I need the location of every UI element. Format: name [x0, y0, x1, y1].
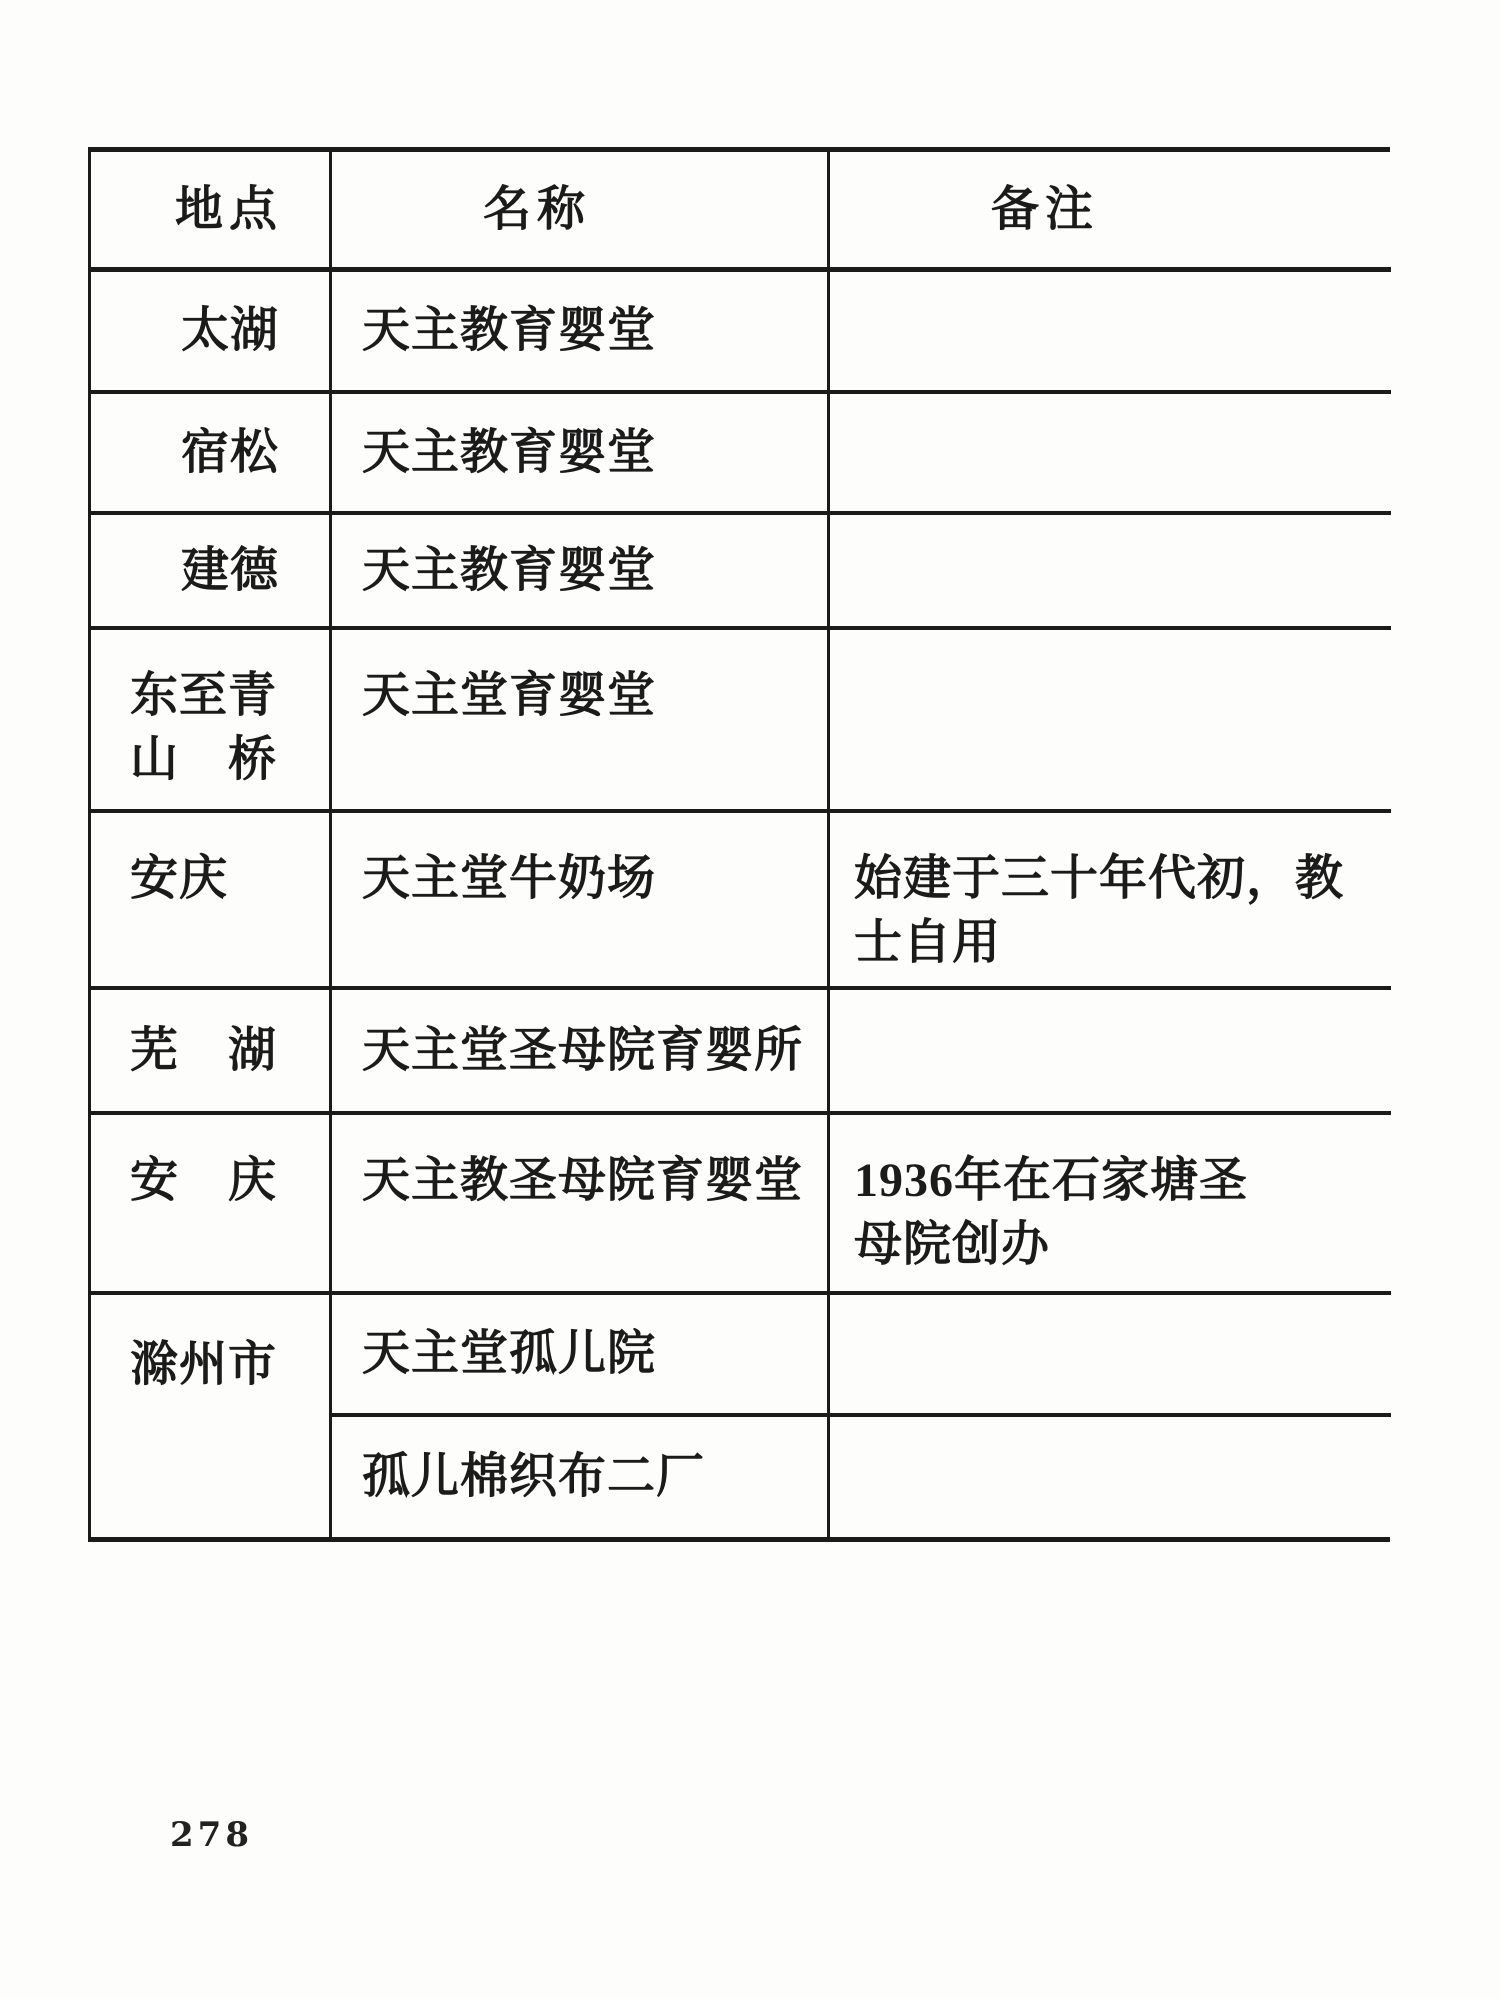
name-cell: 天主堂育婴堂: [332, 630, 830, 813]
name-cell: 天主堂圣母院育婴所: [332, 990, 830, 1115]
note-cell: [830, 515, 1391, 630]
name-cell: 天主教圣母院育婴堂: [332, 1115, 830, 1295]
note-cell: [830, 630, 1391, 813]
name-cell: 天主教育婴堂: [332, 394, 830, 515]
header-cell-note: 备注: [830, 152, 1391, 272]
name-cell: 天主堂孤儿院: [332, 1295, 830, 1417]
note-cell: [830, 990, 1391, 1115]
location-cell: 东至青 山 桥: [91, 630, 332, 813]
name-cell: 天主教育婴堂: [332, 272, 830, 394]
name-cell: 天主教育婴堂: [332, 515, 830, 630]
note-cell: [830, 394, 1391, 515]
note-cell: [830, 1417, 1391, 1537]
location-cell: 建德: [91, 515, 332, 630]
header-cell-location: 地点: [91, 152, 332, 272]
location-cell: 安 庆: [91, 1115, 332, 1295]
location-cell: 安庆: [91, 813, 332, 990]
note-cell: 始建于三十年代初，教 士自用: [830, 813, 1391, 990]
orphanage-table: 地点 名称 备注 太湖 天主教育婴堂 宿松 天主教育婴堂 建德 天主教育婴堂 东…: [88, 147, 1390, 1542]
name-cell: 天主堂牛奶场: [332, 813, 830, 990]
note-cell: [830, 1295, 1391, 1417]
location-cell: 宿松: [91, 394, 332, 515]
location-cell-merged: 滁州市: [91, 1295, 332, 1537]
page-number: 278: [170, 1815, 253, 1855]
note-cell: [830, 272, 1391, 394]
location-cell: 太湖: [91, 272, 332, 394]
header-cell-name: 名称: [332, 152, 830, 272]
name-cell: 孤儿棉织布二厂: [332, 1417, 830, 1537]
note-cell: 1936年在石家塘圣 母院创办: [830, 1115, 1391, 1295]
location-cell: 芜 湖: [91, 990, 332, 1115]
scanned-page: 地点 名称 备注 太湖 天主教育婴堂 宿松 天主教育婴堂 建德 天主教育婴堂 东…: [0, 0, 1500, 1999]
